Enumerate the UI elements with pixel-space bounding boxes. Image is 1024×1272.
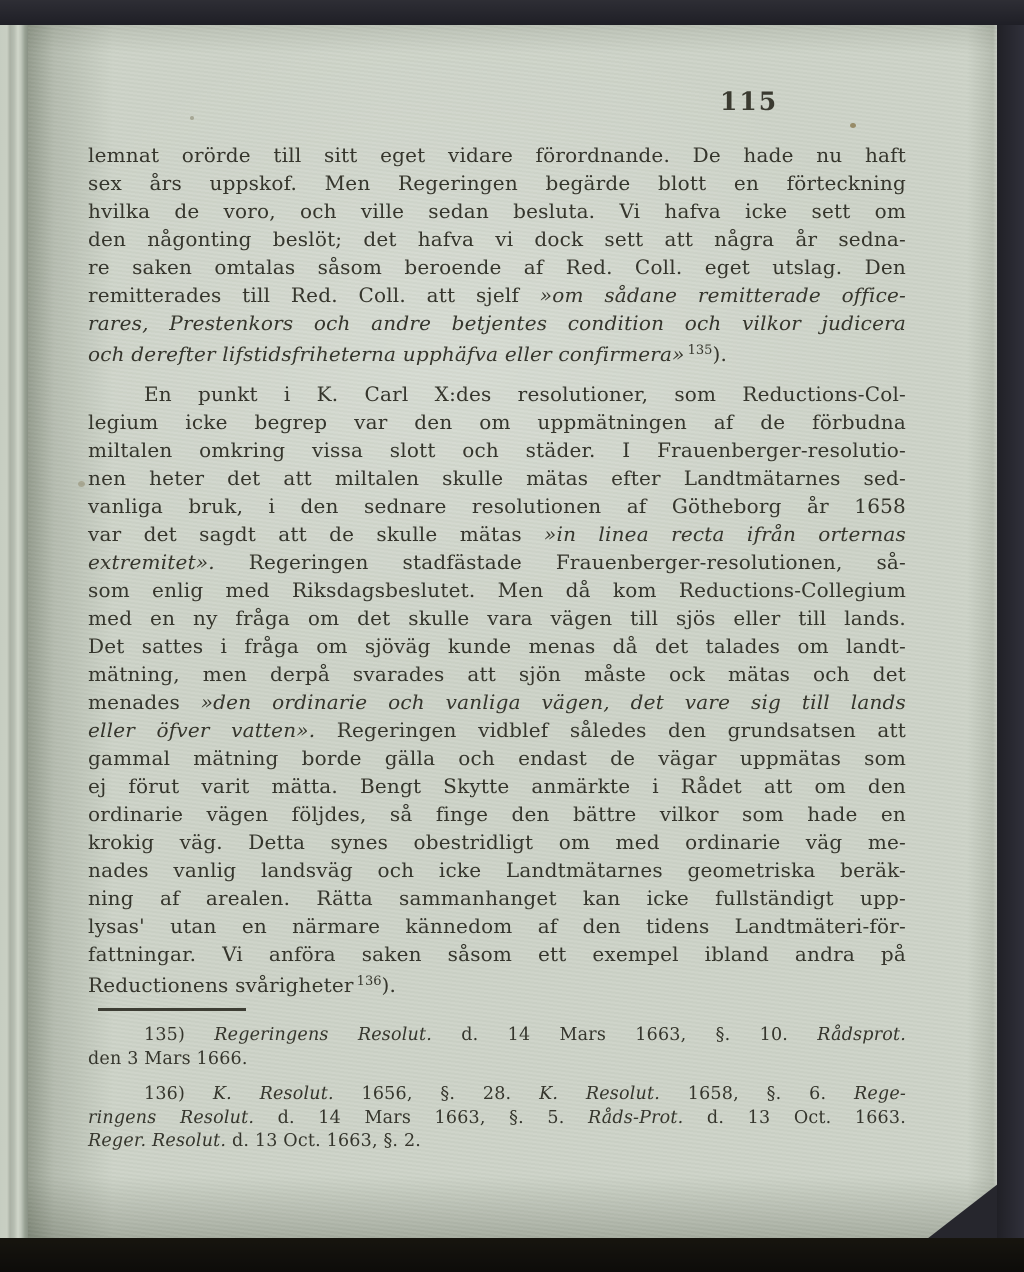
page-text: lemnat orörde till sitt eget vidare föro… (88, 141, 906, 1154)
text-segment: extremitet». (88, 550, 215, 574)
text-segment: gammal mätning borde gälla och endast de… (88, 746, 906, 770)
text-segment: den 3 Mars 1666. (88, 1049, 248, 1069)
text-line: eller öfver vatten». Regeringen vidblef … (88, 716, 906, 744)
text-segment: Regeringen vidblef således den grundsats… (315, 718, 906, 742)
text-line: sex års uppskof. Men Regeringen begärde … (88, 169, 906, 197)
text-segment: K. Resolut. (213, 1084, 334, 1104)
text-segment: rares, Prestenkors och andre betjentes c… (88, 311, 906, 335)
text-segment: nen heter det att miltalen skulle mätas … (88, 466, 906, 490)
text-line: hvilka de voro, och ville sedan besluta.… (88, 197, 906, 225)
text-segment: ). (712, 342, 727, 366)
paragraph: lemnat orörde till sitt eget vidare föro… (88, 141, 906, 368)
footnote-reference: 136 (357, 974, 382, 989)
text-segment: Råds-Prot. (588, 1108, 683, 1128)
text-line: En punkt i K. Carl X:des resolutioner, s… (88, 380, 906, 408)
text-segment: Reductionens svårigheter (88, 973, 354, 997)
text-segment: lemnat orörde till sitt eget vidare föro… (88, 143, 906, 167)
text-line: och derefter lifstidsfriheterna upphäfva… (88, 337, 906, 368)
text-line: den 3 Mars 1666. (88, 1048, 906, 1072)
text-line: Reductionens svårigheter136). (88, 968, 906, 999)
text-segment: mätning, men derpå svarades att sjön mås… (88, 662, 906, 686)
text-segment: legium icke begrep var den om uppmätning… (88, 410, 906, 434)
footnote-reference: 135 (688, 343, 713, 358)
text-segment: re saken omtalas såsom beroende af Red. … (88, 255, 906, 279)
text-line: som enlig med Riksdagsbeslutet. Men då k… (88, 576, 906, 604)
text-line: ringens Resolut. d. 14 Mars 1663, §. 5. … (88, 1107, 906, 1131)
text-line: remitterades till Red. Coll. att sjelf »… (88, 281, 906, 309)
text-line: lysas' utan en närmare kännedom af den t… (88, 912, 906, 940)
scan-border-right (997, 25, 1024, 1238)
text-segment: d. 13 Oct. 1663, §. 2. (226, 1131, 421, 1151)
text-segment: ringens Resolut. (88, 1108, 254, 1128)
book-page: 115 lemnat orörde till sitt eget vidare … (28, 25, 997, 1238)
text-segment: ej förut varit mätta. Bengt Skytte anmär… (88, 774, 906, 798)
paper-speck (850, 123, 856, 128)
text-line: rares, Prestenkors och andre betjentes c… (88, 309, 906, 337)
text-line: miltalen omkring vissa slott och städer.… (88, 436, 906, 464)
text-line: menades »den ordinarie och vanliga vägen… (88, 688, 906, 716)
text-line: 135) Regeringens Resolut. d. 14 Mars 166… (88, 1024, 906, 1048)
text-line: legium icke begrep var den om uppmätning… (88, 408, 906, 436)
text-line: mätning, men derpå svarades att sjön mås… (88, 660, 906, 688)
text-segment: med en ny fråga om det skulle vara vägen… (88, 606, 906, 630)
text-segment: eller öfver vatten». (88, 718, 315, 742)
text-segment: En punkt i K. Carl X:des resolutioner, s… (144, 382, 906, 406)
text-segment: ning af arealen. Rätta sammanhanget kan … (88, 886, 906, 910)
text-segment: lysas' utan en närmare kännedom af den t… (88, 914, 906, 938)
text-segment: och derefter lifstidsfriheterna upphäfva… (88, 342, 685, 366)
scan-border-bottom (0, 1238, 1024, 1272)
text-segment: sex års uppskof. Men Regeringen begärde … (88, 171, 906, 195)
text-segment: »den ordinarie och vanliga vägen, det va… (201, 690, 906, 714)
text-segment: d. 14 Mars 1663, §. 5. (254, 1108, 588, 1128)
text-segment: d. 14 Mars 1663, §. 10. (432, 1025, 817, 1045)
text-segment: »om sådane remitterade office- (540, 283, 906, 307)
text-segment: Reger. Resolut. (88, 1131, 226, 1151)
text-segment: Rege- (854, 1084, 906, 1104)
text-segment: Det sattes i fråga om sjöväg kunde menas… (88, 634, 906, 658)
text-segment: som enlig med Riksdagsbeslutet. Men då k… (88, 578, 906, 602)
text-segment: »in linea recta ifrån orternas (544, 522, 906, 546)
text-segment: 135) (144, 1025, 214, 1045)
text-line: nades vanlig landsväg och icke Landtmäta… (88, 856, 906, 884)
text-segment: krokig väg. Detta synes obestridligt om … (88, 830, 906, 854)
text-line: vanliga bruk, i den sednare resolutionen… (88, 492, 906, 520)
text-segment: fattningar. Vi anföra saken såsom ett ex… (88, 942, 906, 966)
adjacent-page-edge (0, 25, 28, 1238)
text-segment: miltalen omkring vissa slott och städer.… (88, 438, 906, 462)
text-segment: 1656, §. 28. (334, 1084, 539, 1104)
text-segment: hvilka de voro, och ville sedan besluta.… (88, 199, 906, 223)
text-line: ej förut varit mätta. Bengt Skytte anmär… (88, 772, 906, 800)
body-paragraphs: lemnat orörde till sitt eget vidare föro… (88, 141, 906, 999)
paper-speck (78, 481, 85, 487)
text-line: Reger. Resolut. d. 13 Oct. 1663, §. 2. (88, 1130, 906, 1154)
text-line: den någonting beslöt; det hafva vi dock … (88, 225, 906, 253)
text-line: var det sagdt att de skulle mätas »in li… (88, 520, 906, 548)
text-line: gammal mätning borde gälla och endast de… (88, 744, 906, 772)
text-line: Det sattes i fråga om sjöväg kunde menas… (88, 632, 906, 660)
text-segment: ordinarie vägen följdes, så finge den bä… (88, 802, 906, 826)
text-segment: 1658, §. 6. (660, 1084, 854, 1104)
text-segment: Regeringen stadfästade Frauenberger-reso… (215, 550, 906, 574)
footnote: 136) K. Resolut. 1656, §. 28. K. Resolut… (88, 1083, 906, 1154)
text-segment: 136) (144, 1084, 213, 1104)
scan-border-top (0, 0, 1024, 25)
text-line: fattningar. Vi anföra saken såsom ett ex… (88, 940, 906, 968)
footnote: 135) Regeringens Resolut. d. 14 Mars 166… (88, 1024, 906, 1071)
paragraph: En punkt i K. Carl X:des resolutioner, s… (88, 380, 906, 999)
text-line: nen heter det att miltalen skulle mätas … (88, 464, 906, 492)
text-line: ning af arealen. Rätta sammanhanget kan … (88, 884, 906, 912)
page-number: 115 (720, 87, 778, 116)
text-line: ordinarie vägen följdes, så finge den bä… (88, 800, 906, 828)
text-segment: den någonting beslöt; det hafva vi dock … (88, 227, 906, 251)
text-segment: menades (88, 690, 201, 714)
text-segment: var det sagdt att de skulle mätas (88, 522, 544, 546)
text-segment: Regeringens Resolut. (214, 1025, 432, 1045)
text-segment: remitterades till Red. Coll. att sjelf (88, 283, 540, 307)
text-line: lemnat orörde till sitt eget vidare föro… (88, 141, 906, 169)
footnote-separator (98, 1008, 246, 1011)
text-line: extremitet». Regeringen stadfästade Frau… (88, 548, 906, 576)
text-segment: nades vanlig landsväg och icke Landtmäta… (88, 858, 906, 882)
text-segment: ). (382, 973, 397, 997)
text-segment: d. 13 Oct. 1663. (683, 1108, 906, 1128)
footnotes: 135) Regeringens Resolut. d. 14 Mars 166… (88, 1024, 906, 1154)
text-segment: K. Resolut. (539, 1084, 660, 1104)
text-segment: vanliga bruk, i den sednare resolutionen… (88, 494, 906, 518)
text-segment: Rådsprot. (817, 1025, 906, 1045)
text-line: re saken omtalas såsom beroende af Red. … (88, 253, 906, 281)
paper-speck (190, 116, 194, 120)
text-line: med en ny fråga om det skulle vara vägen… (88, 604, 906, 632)
text-line: krokig väg. Detta synes obestridligt om … (88, 828, 906, 856)
text-line: 136) K. Resolut. 1656, §. 28. K. Resolut… (88, 1083, 906, 1107)
